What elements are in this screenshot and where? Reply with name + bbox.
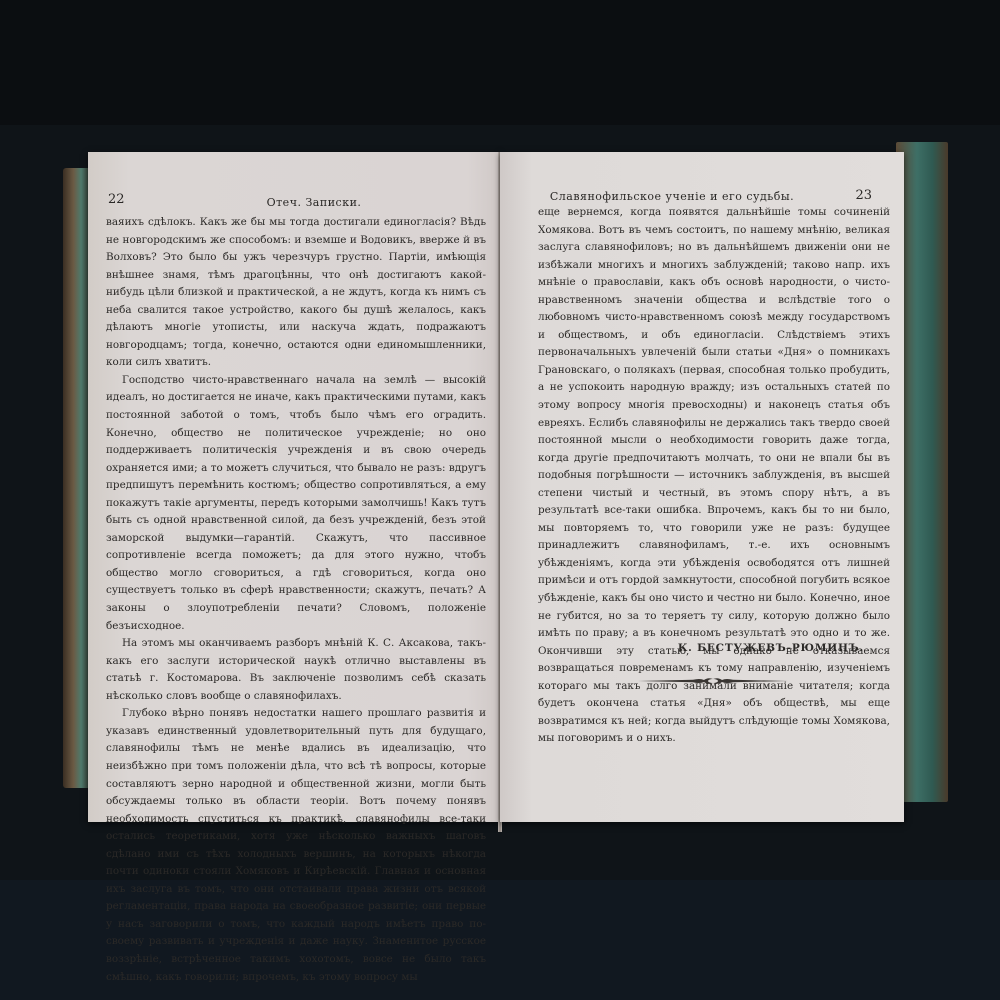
- body-text: еще вернемся, когда появятся дальнѣйшіе …: [538, 204, 890, 748]
- page-number: 23: [855, 188, 872, 203]
- left-page: 22 Отеч. Записки. ваяихъ сдѣлокъ. Какъ ж…: [88, 152, 500, 822]
- body-text: ваяихъ сдѣлокъ. Какъ же бы мы тогда дост…: [106, 214, 486, 986]
- paragraph: ваяихъ сдѣлокъ. Какъ же бы мы тогда дост…: [106, 214, 486, 372]
- right-page: Славянофильское ученіе и его судьбы. 23 …: [500, 152, 904, 822]
- background-surface: [0, 0, 1000, 125]
- paragraph: еще вернемся, когда появятся дальнѣйшіе …: [538, 204, 890, 748]
- paragraph: Глубоко вѣрно понявъ недостатки нашего п…: [106, 705, 486, 986]
- running-header: Славянофильское ученіе и его судьбы.: [480, 190, 864, 203]
- open-book: 22 Отеч. Записки. ваяихъ сдѣлокъ. Какъ ж…: [58, 142, 948, 842]
- author-signature: К. БЕСТУЖЕВЪ-РЮМИНЪ.: [678, 642, 864, 654]
- paragraph: Господство чисто-нравственнаго начала на…: [106, 372, 486, 635]
- ornament-icon: [638, 675, 788, 687]
- page-number: 22: [108, 192, 125, 207]
- paragraph: На этомъ мы оканчиваемъ разборъ мнѣній К…: [106, 635, 486, 705]
- running-header: Отеч. Записки.: [128, 196, 500, 209]
